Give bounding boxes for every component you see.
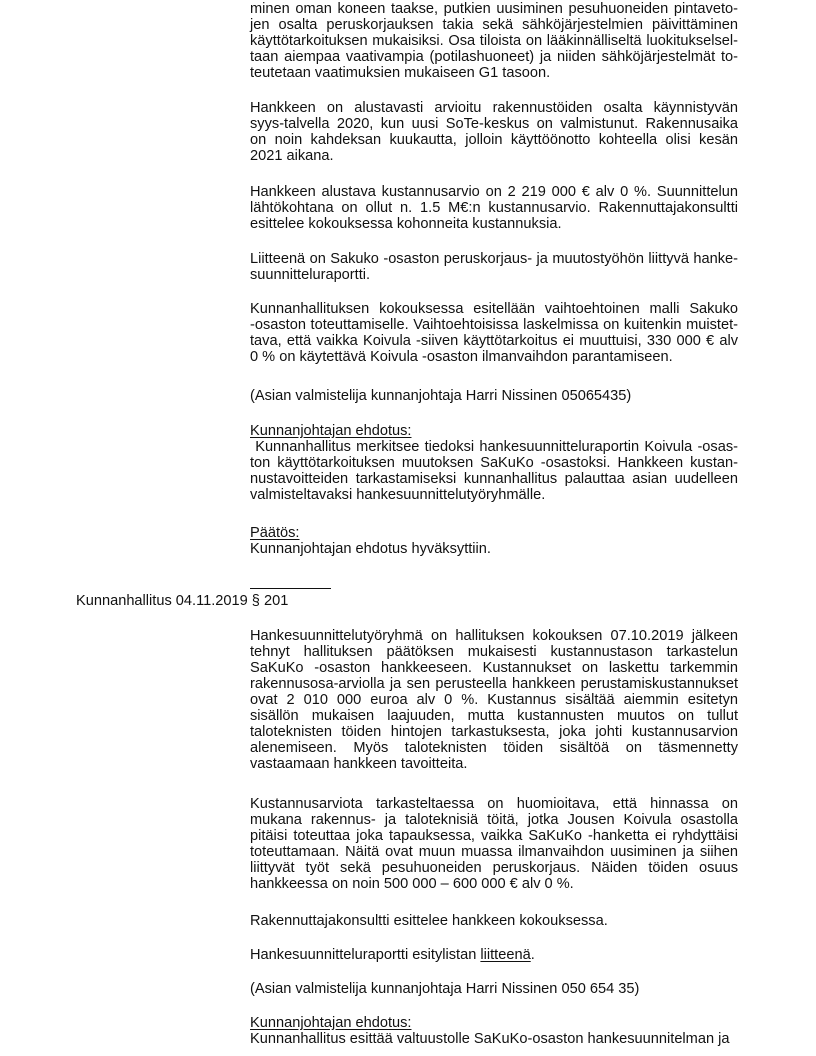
mayor-proposal: Kunnanjohtajan ehdotus: Kunnanhallitus m… <box>250 423 738 503</box>
text-line: Hankesuunnittelutyöryhmä on hallituksen … <box>250 628 738 644</box>
preparer-note: (Asian valmistelija kunnanjohtaja Harri … <box>250 388 738 404</box>
preparer-text: (Asian valmistelija kunnanjohtaja Harri … <box>250 981 738 997</box>
text-line: syys-talvella 2020, kun uusi SoTe-keskus… <box>250 116 738 132</box>
attachment-link[interactable]: liitteenä <box>480 947 530 963</box>
text-line: -osaston toteuttamiselle. Vaihtoehtoisis… <box>250 317 738 333</box>
text-line: sisällön mukaisen laajuuden, mutta kusta… <box>250 708 738 724</box>
text-line: ovat 2 010 000 euroa alv 0 %. Kustannus … <box>250 692 738 708</box>
preparer-note-2: (Asian valmistelija kunnanjohtaja Harri … <box>250 981 738 997</box>
report-text-end: . <box>531 947 535 963</box>
text-line: vastaamaan hankkeen tavoitteita. <box>250 756 738 772</box>
text-line: mukana rakennus- ja taloteknisiä töitä, … <box>250 812 738 828</box>
paragraph-cost-review: Hankesuunnittelutyöryhmä on hallituksen … <box>250 628 738 772</box>
text-line: käyttötarkoituksen mukaisiksi. Osa tiloi… <box>250 33 738 49</box>
text-line: pitäisi toteuttaa joka tapauksessa, vaik… <box>250 828 738 844</box>
paragraph-cost-estimate: Hankkeen alustava kustannusarvio on 2 21… <box>250 184 738 232</box>
text-line: jen osalta peruskorjauksen takia sekä sä… <box>250 17 738 33</box>
section-header: Kunnanhallitus 04.11.2019 § 201 <box>76 593 288 609</box>
text-line: nustavoitteiden tarkastamiseksi kunnanha… <box>250 471 738 487</box>
text-line: tava, että vaikka Koivula -siiven käyttö… <box>250 333 738 349</box>
text-line: SaKuKo -osaston hankkeeseen. Kustannukse… <box>250 660 738 676</box>
text-line: on noin kahdeksan kuukautta, jolloin käy… <box>250 132 738 148</box>
text-line: rakennusosa-arviolla ja sen perusteella … <box>250 676 738 692</box>
text-line: ton käyttötarkoituksen muutoksen SaKuKo … <box>250 455 738 471</box>
mayor-proposal-2: Kunnanjohtajan ehdotus: Kunnanhallitus e… <box>250 1015 738 1047</box>
text-line: esittelee kokouksessa kohonneita kustann… <box>250 216 738 232</box>
proposal-heading: Kunnanjohtajan ehdotus: <box>250 1015 738 1031</box>
text-line: Kunnanhallitus merkitsee tiedoksi hankes… <box>250 439 738 455</box>
text-line: Liitteenä on Sakuko -osaston peruskorjau… <box>250 251 738 267</box>
paragraph-consultant: Rakennuttajakonsultti esittelee hankkeen… <box>250 913 738 929</box>
preparer-text: (Asian valmistelija kunnanjohtaja Harri … <box>250 388 738 404</box>
paragraph-schedule: Hankkeen on alustavasti arvioitu rakennu… <box>250 100 738 164</box>
paragraph-report-attachment: Hankesuunnitteluraportti esitylistan lii… <box>250 947 738 963</box>
paragraph-cost-notes: Kustannusarviota tarkasteltaessa on huom… <box>250 796 738 892</box>
text-line: minen oman koneen taakse, putkien uusimi… <box>250 1 738 17</box>
text-line: Kunnanhallituksen kokouksessa esitellään… <box>250 301 738 317</box>
document-page: minen oman koneen taakse, putkien uusimi… <box>0 0 816 1056</box>
report-text: Hankesuunnitteluraportti esitylistan <box>250 947 480 963</box>
proposal-text: Kunnanhallitus esittää valtuustolle SaKu… <box>250 1031 738 1047</box>
text-line: 2021 aikana. <box>250 148 738 164</box>
paragraph-attachment: Liitteenä on Sakuko -osaston peruskorjau… <box>250 251 738 283</box>
text-line: liittyvät työt sekä pesuhuoneiden perusk… <box>250 860 738 876</box>
text-line: taan aiempaa vaativampia (potilashuoneet… <box>250 49 738 65</box>
text-line: alenemiseen. Myös taloteknisten töiden s… <box>250 740 738 756</box>
text-line: teutetaan vaatimuksien mukaiseen G1 taso… <box>250 65 738 81</box>
consultant-text: Rakennuttajakonsultti esittelee hankkeen… <box>250 913 738 929</box>
text-line: Hankkeen on alustavasti arvioitu rakennu… <box>250 100 738 116</box>
proposal-heading: Kunnanjohtajan ehdotus: <box>250 423 738 439</box>
text-line: hankkeessa on noin 500 000 – 600 000 € a… <box>250 876 738 892</box>
text-line: tehnyt hallituksen päätöksen mukaisesti … <box>250 644 738 660</box>
paragraph-renovation-scope: minen oman koneen taakse, putkien uusimi… <box>250 1 738 81</box>
text-line: Hankkeen alustava kustannusarvio on 2 21… <box>250 184 738 200</box>
text-line: toteuttamaan. Näitä ovat muun muassa ilm… <box>250 844 738 860</box>
text-line: suunnitteluraportti. <box>250 267 738 283</box>
decision: Päätös: Kunnanjohtajan ehdotus hyväksytt… <box>250 525 738 557</box>
text-line: 0 % on käytettävä Koivula -osaston ilman… <box>250 349 738 365</box>
text-line: taloteknisten töiden hintojen tarkastuks… <box>250 724 738 740</box>
decision-text: Kunnanjohtajan ehdotus hyväksyttiin. <box>250 541 738 557</box>
text-line: Kustannusarviota tarkasteltaessa on huom… <box>250 796 738 812</box>
text-line: valmisteltavaksi hankesuunnittelutyöryhm… <box>250 487 738 503</box>
paragraph-alternative-model: Kunnanhallituksen kokouksessa esitellään… <box>250 301 738 365</box>
text-line: lähtökohtana on ollut n. 1.5 M€:n kustan… <box>250 200 738 216</box>
section-divider <box>250 588 331 589</box>
decision-heading: Päätös: <box>250 525 738 541</box>
